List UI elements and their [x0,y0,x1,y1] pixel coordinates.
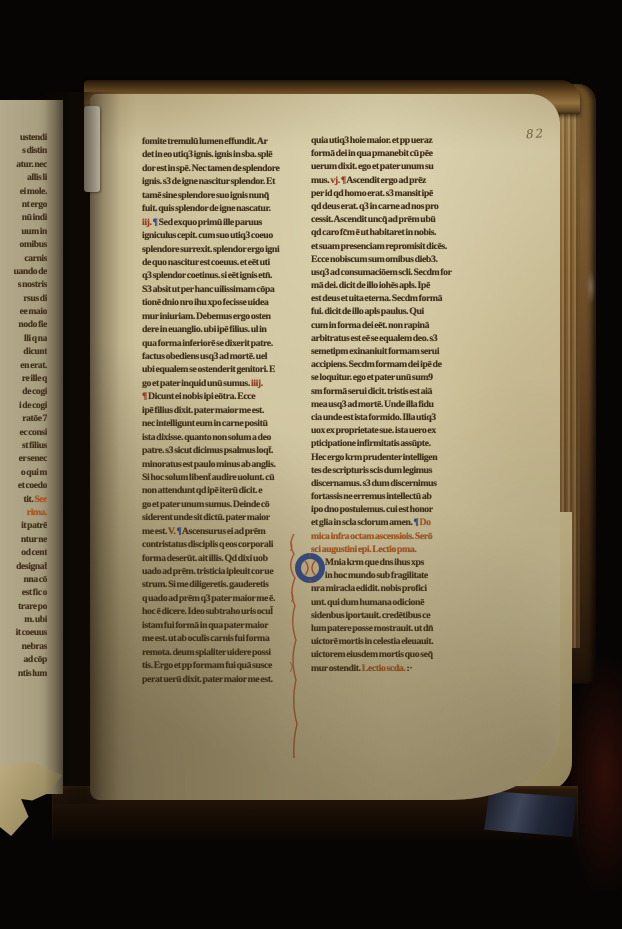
text-line: strum. Si me diligeretis. gauderetis [142,579,296,592]
text-segment: q uado ad prēm q3 pater maior me ē. [142,593,275,604]
text-segment: lum patere posse mostrauit. ut dn̄ [311,623,433,634]
text-line: nec intelligunt eum in carne positū [142,418,296,431]
text-line: factus obediens usq3 ad mortē. uel [142,351,296,364]
text-segment: nodo fie [18,319,47,330]
text-line: hoc ē dicere. Ideo subtraho uris ocul̄ [142,606,296,619]
text-segment: fuit. quis splendor de igne nascatur. [142,203,271,214]
text-segment: nra miracla edidit. nobis profici [311,583,427,594]
text-line: tamē sine splendore suo ignis nunq̄ [142,190,296,203]
text-line: fuit. quis splendor de igne nascatur. [142,203,296,216]
text-segment: formā dei in qua pmanebit cū pēe [311,148,433,159]
text-line: splendore surrexit. splendor ergo igni [142,244,296,257]
text-line: per id qd homo erat. s3 mansit ipē [311,187,479,200]
text-segment: discernamus. s3 dum discernimus [311,478,437,489]
text-segment: et glia in scla sclorum amen. [311,517,414,528]
text-segment: tis. Ergo et pp formam fui quā susce [142,660,272,671]
text-line: mus. vj. ¶ Ascendit ergo ad prēz [311,174,479,187]
text-line: cum in forma dei eēt. non rapinā [311,319,479,332]
text-segment: ista dixisse. quanto non solum a deo [142,432,271,443]
text-line: iij. ¶ Sed exquo primū ille paruus [142,217,296,230]
text-segment: iij. [142,217,152,228]
text-segment: fui. dicit de illo apls paulus. Qui [311,306,424,317]
text-segment: uerum dixit. ego et pater unum su [311,161,433,172]
text-line: forma deserūt. ait illis. Qd dixi uob [142,553,296,566]
text-line: allis li [0,171,47,184]
text-line: ubi equalem se ostenderit genitori. E [142,364,296,377]
text-line: perat uerū dixit. pater maior me est. [142,674,296,687]
text-line: et glia in scla sclorum amen. ¶ Do [311,516,479,529]
text-line: ei mole. [0,185,47,198]
metal-corner-guard [484,791,576,837]
text-line: uictorē mortis in celestia eleuauit. [311,635,479,648]
leather-cover-glow [566,660,622,890]
text-segment: arbitratus est eē se equalem deo. s3 [311,333,437,344]
text-line: de cogi [0,385,47,398]
text-line: ee maio [0,305,47,318]
text-segment: nt ergo [22,199,47,210]
text-line: nna cō [0,573,47,586]
text-segment: dere in euanglio. ubi ipē filius. ul in [142,324,266,335]
text-segment: se loquitur. ego et pater unū sum9 [311,372,433,383]
text-segment: siderent unde sit dictū. pater maior [142,512,270,523]
text-line: go et pater unum sumus. Deinde cō [142,499,296,512]
text-line: s nostris [0,278,47,291]
text-segment: et coedo [18,480,47,491]
text-segment: semetipm exinaniuit formam serui [311,346,439,357]
text-segment: forma deserūt. ait illis. Qd dixi uob [142,553,268,564]
text-segment: carnis [24,253,47,264]
text-line: er senec [0,452,47,465]
illuminated-initial-o: O [294,550,326,586]
text-line: sci augustini epi. Lectio pma. [311,543,479,556]
text-line: discernamus. s3 dum discernimus [311,477,479,490]
dust-smudge [586,270,596,304]
text-line: pticipatione infirmitatis assūpte. [311,437,479,450]
text-line: Si hoc solum libent̄ audire uolunt. cū [142,472,296,485]
text-segment: strum. Si me diligeretis. gauderetis [142,579,269,590]
text-segment: ustendi [20,132,47,143]
text-line: mica infra octam ascensiois. Serō [311,530,479,543]
text-segment: est fic o [22,587,47,598]
text-line: o qui m [0,466,47,479]
page-marker-tab [84,106,100,192]
text-line: quia utiq3 hoie maior. et pp ueraz [311,134,479,147]
text-line: formā dei in qua pmanebit cū pēe [311,147,479,160]
text-line: ntur ne [0,533,47,546]
text-line: nebras [0,640,47,653]
text-segment: Dicunt ei nobis ipi eōtra. Ecce [147,391,255,402]
text-line: re ille q [0,372,47,385]
text-segment: ei mole. [20,186,47,197]
text-line: mur iniuriam. Debemus ergo osten [142,311,296,324]
text-segment: ntur ne [21,534,47,545]
text-line: qd deus erat. q3 in carne ad nos pro [311,200,479,213]
text-segment: accipiens. Secdm formam dei ipē de [311,359,442,370]
text-line: fortassis ne erremus intellectū ab [311,490,479,503]
text-line: it patrē [0,519,47,532]
text-segment: allis li [27,172,47,183]
text-segment: uum in [21,226,47,237]
text-segment: pticipatione infirmitatis assūpte. [311,438,431,449]
text-segment: uando de [14,266,47,277]
text-segment: o qui m [21,467,47,478]
text-segment: sidenbus iportauit. credētibus ce [311,610,430,621]
text-segment: Ascensurus ei ad prēm [181,526,265,537]
text-segment: usq3 ad consumaciōem scli. Secdm for [311,267,452,278]
text-segment: tes de scripturis scis dum legimus [311,465,432,476]
text-segment: i de cogi [19,400,47,411]
text-segment: istam fui formā in qua pater maior [142,620,268,631]
text-line: uox ex proprietate sue. ista uero ex [311,424,479,437]
text-segment: ratōe 7 [22,413,47,424]
text-line: mea usq3 ad mortē. Unde illa fidu [311,398,479,411]
text-line: ipo dno postulemus. cui est honor [311,503,479,516]
text-line: istam fui formā in qua pater maior [142,620,296,633]
text-line: ¶ Dicunt ei nobis ipi eōtra. Ecce [142,391,296,404]
text-segment: qd caro fc̄m ē ut habitaret in nobis. [311,227,436,238]
text-segment: nū indi [22,212,47,223]
text-line: st filius [0,439,47,452]
text-segment: ipo dno postulemus. cui est honor [311,504,433,515]
text-line: minoratus est paulo minus ab anglis. [142,459,296,472]
text-segment: s nostris [18,279,47,290]
text-segment: uado ad prēm. tristicia ipleuit cor ue [142,566,273,577]
text-line: arbitratus est eē se equalem deo. s3 [311,332,479,345]
text-segment: minoratus est paulo minus ab anglis. [142,459,276,470]
text-segment: ipē filius dixit. pater maior me est. [142,405,264,416]
text-segment: ad cōp [23,654,47,665]
text-line: designat̄ [0,560,47,573]
text-line: mur ostendit. Lectio scda. :· [311,662,479,675]
text-segment: ntis lum [18,668,47,679]
text-segment: en erat. [20,360,47,371]
text-line: in hoc mundo sub fragilitate [311,569,479,582]
text-line: atur. nec [0,158,47,171]
text-segment: sm formā serui dicit. tristis est aiā [311,386,432,397]
text-segment: q3 splendor coetinus. si eēt ignis etn̄. [142,270,272,281]
text-segment: patre. s3 sicut dicimus psalmus loqt̄. [142,445,273,456]
text-segment: Sed exquo primū ille paruus [158,217,262,228]
text-segment: omibus [20,239,47,250]
text-line: qd caro fc̄m ē ut habitaret in nobis. [311,226,479,239]
text-line: est fic o [0,586,47,599]
text-segment: igniculus cepit. cum suo utiq3 coeuo [142,230,273,241]
text-line: ignis. s3 de igne nascitur splendor. Et [142,176,296,189]
text-segment: :· [405,663,412,674]
text-segment: qua forma inferiorē se dixerit patre. [142,338,273,349]
text-segment: tamē sine splendore suo ignis nunq̄ [142,190,269,201]
text-segment: go et pater inquid unū sumus. [142,378,251,389]
text-line: ratōe 7 [0,412,47,425]
text-segment: me est. ut ab oculis carnis fui forma [142,633,269,644]
text-line: me est. ut ab oculis carnis fui forma [142,633,296,646]
text-line: fui. dicit de illo apls paulus. Qui [311,305,479,318]
text-segment: nna cō [23,574,47,585]
text-segment: et suam presenciam repromisit dicēs. [311,241,447,252]
text-line: tionē dnio nro ihu xpo fecisse uidea [142,297,296,310]
text-segment: Mnia krm que dns ihus xps [311,557,424,568]
text-segment: tit. [23,494,34,505]
text-line: sm formā serui dicit. tristis est aiā [311,385,479,398]
text-line: lli q na [0,332,47,345]
text-segment: cum in forma dei eēt. non rapinā [311,320,429,331]
text-segment: fortassis ne erremus intellectū ab [311,491,431,502]
text-line: ad cōp [0,653,47,666]
text-line: ista dixisse. quanto non solum a deo [142,432,296,445]
text-segment: iiij. [251,378,263,389]
text-line: igniculus cepit. cum suo utiq3 coeuo [142,230,296,243]
text-line: Ecce nobiscum sum omibus dieb3. [311,253,479,266]
text-segment: Ascendit ergo ad prēz [346,175,426,186]
text-line: Hec ergo krm prudenter intelligen [311,451,479,464]
text-segment: de cogi [22,386,47,397]
text-segment: Do [418,517,430,528]
text-segment: qd deus erat. q3 in carne ad nos pro [311,201,438,212]
text-segment: Si hoc solum libent̄ audire uolunt. cū [142,472,274,483]
text-segment: remota. deum spialiter uidere possi [142,647,271,658]
text-segment: cia unde est ista formido. Illa utiq3 [311,412,436,423]
text-line: mā dei. dicit de illo iohēs apls. Ipē [311,279,479,292]
manuscript-page: 82 fomite tremulū lumen effundit. Ardet … [90,94,560,800]
text-line: ec consi [0,426,47,439]
text-line: it coeuus [0,626,47,639]
text-line: uum in [0,225,47,238]
text-line: et coedo [0,479,47,492]
text-line: ustendi [0,131,47,144]
text-line: siderent unde sit dictū. pater maior [142,512,296,525]
text-segment: est deus et uita eterna. Secdm formā [311,293,442,304]
text-segment: mur ostendit. [311,663,362,674]
text-line: me est. V. ¶ Ascensurus ei ad prēm [142,526,296,539]
text-line: dere in euanglio. ubi ipē filius. ul in [142,324,296,337]
text-line: nt ergo [0,198,47,211]
text-line: cia unde est ista formido. Illa utiq3 [311,411,479,424]
text-line: accipiens. Secdm formam dei ipē de [311,358,479,371]
text-line: s distin [0,144,47,157]
text-column-2: quia utiq3 hoie maior. et pp uerazformā … [311,134,479,690]
text-line: i de cogi [0,399,47,412]
text-segment: tionē dnio nro ihu xpo fecisse uidea [142,297,268,308]
text-line: go et pater inquid unū sumus. iiij. [142,378,296,391]
text-line: det in eo utiq3 ignis. ignis in sba. spl… [142,149,296,162]
text-segment: Ser [34,494,47,505]
text-segment: nebras [22,641,47,652]
text-segment: uictorē mortis in celestia eleuauit. [311,636,433,647]
text-segment: sci augustini epi. Lectio pma. [311,544,416,555]
manuscript-photo: ustendis distinatur. necallis liei mole.… [0,0,622,929]
text-segment: Ecce nobiscum sum omibus dieb3. [311,254,438,265]
text-line: uictorem eiusdem mortis quo seq̄ [311,648,479,661]
text-segment: uox ex proprietate sue. ista uero ex [311,425,436,436]
text-segment: s distin [22,145,47,156]
text-line: fomite tremulū lumen effundit. Ar [142,136,296,149]
text-line: rima. [0,506,47,519]
text-line: carnis [0,252,47,265]
text-line: q3 splendor coetinus. si eēt ignis etn̄. [142,270,296,283]
text-segment: fomite tremulū lumen effundit. Ar [142,136,267,147]
text-segment: re ille q [22,373,47,384]
text-line: ipē filius dixit. pater maior me est. [142,405,296,418]
text-segment: in hoc mundo sub fragilitate [311,570,428,581]
facing-page-sliver: ustendis distinatur. necallis liei mole.… [0,100,63,794]
text-line: q uado ad prēm q3 pater maior me ē. [142,593,296,606]
text-segment: rsus di [23,293,47,304]
text-segment: S3 absit ut per hanc uilissimam cōpa [142,284,274,295]
text-line: non attendunt qd ipē iterū dicit. e [142,485,296,498]
text-line: S3 absit ut per hanc uilissimam cōpa [142,284,296,297]
text-line: de quo nascitur est coeuus. et eēt uti [142,257,296,270]
text-line: dicunt [0,345,47,358]
text-segment: per id qd homo erat. s3 mansit ipē [311,188,433,199]
text-segment: go et pater unum sumus. Deinde cō [142,499,269,510]
text-segment: Hec ergo krm prudenter intelligen [311,452,437,463]
text-line: uerum dixit. ego et pater unum su [311,160,479,173]
text-line: sidenbus iportauit. credētibus ce [311,609,479,622]
text-segment: unt. qui dum humana odicionē [311,597,424,608]
text-segment: uictorem eiusdem mortis quo seq̄ [311,649,433,660]
text-segment: designat̄ [16,561,47,572]
text-segment: det in eo utiq3 ignis. ignis in sba. spl… [142,149,272,160]
text-segment: Lectio scda. [362,663,406,674]
text-segment: rima. [27,507,47,518]
text-line: se loquitur. ego et pater unū sum9 [311,371,479,384]
text-segment: quia utiq3 hoie maior. et pp ueraz [311,135,432,146]
text-segment: contristatus disciplis q eos corporali [142,539,273,550]
text-line: ntis lum [0,667,47,680]
text-segment: dicunt [23,346,47,357]
text-segment: splendore surrexit. splendor ergo igni [142,244,279,255]
text-line: tit. Ser [0,493,47,506]
text-line: nū indi [0,211,47,224]
text-segment: cessit. Ascendit uncq̄ ad prēm ubū [311,214,435,225]
text-segment: ee maio [20,306,47,317]
left-page-fragment: ustendis distinatur. necallis liei mole.… [0,131,47,680]
text-segment: mica infra octam ascensiois. Serō [311,531,432,542]
text-segment: st filius [22,440,47,451]
text-line: contristatus disciplis q eos corporali [142,539,296,552]
text-segment: me est. [142,526,168,537]
text-segment: hoc ē dicere. Ideo subtraho uris ocul̄ [142,606,273,617]
text-line: nra miracla edidit. nobis profici [311,582,479,595]
text-segment: mā dei. dicit de illo iohēs apls. Ipē [311,280,430,291]
text-segment: lli q na [24,333,47,344]
text-line: tes de scripturis scis dum legimus [311,464,479,477]
text-line: tis. Ergo et pp formam fui quā susce [142,660,296,673]
text-segment: ignis. s3 de igne nascitur splendor. Et [142,176,275,187]
text-line: est deus et uita eterna. Secdm formā [311,292,479,305]
text-line: nodo fie [0,318,47,331]
folio-number: 82 [525,125,566,146]
text-line: uado ad prēm. tristicia ipleuit cor ue [142,566,296,579]
text-line: omibus [0,238,47,251]
text-segment: mea usq3 ad mortē. Unde illa fidu [311,399,434,410]
text-line: patre. s3 sicut dicimus psalmus loqt̄. [142,445,296,458]
text-segment: od cent [21,547,47,558]
text-line: od cent [0,546,47,559]
text-line: en erat. [0,359,47,372]
text-segment: vj. [330,175,339,186]
text-segment: nec intelligunt eum in carne positū [142,418,268,429]
text-line: rsus di [0,292,47,305]
text-line: remota. deum spialiter uidere possi [142,647,296,660]
text-line: cessit. Ascendit uncq̄ ad prēm ubū [311,213,479,226]
text-line: Mnia krm que dns ihus xps [311,556,479,569]
text-line: usq3 ad consumaciōem scli. Secdm for [311,266,479,279]
text-line: m. ubi [0,613,47,626]
text-segment: perat uerū dixit. pater maior me est. [142,674,273,685]
text-line: et suam presenciam repromisit dicēs. [311,240,479,253]
text-line: dor est in spē. Nec tamen de splendore [142,163,296,176]
text-segment: ubi equalem se ostenderit genitori. E [142,364,275,375]
text-line: semetipm exinaniuit formam serui [311,345,479,358]
text-line: unt. qui dum humana odicionē [311,596,479,609]
text-line: qua forma inferiorē se dixerit patre. [142,338,296,351]
text-segment: mur iniuriam. Debemus ergo osten [142,311,271,322]
text-segment: de quo nascitur est coeuus. et eēt uti [142,257,270,268]
text-segment: factus obediens usq3 ad mortē. uel [142,351,267,362]
text-segment: mus. [311,175,330,186]
text-line: trare po [0,600,47,613]
text-line: lum patere posse mostrauit. ut dn̄ [311,622,479,635]
text-segment: ec consi [19,427,47,438]
text-segment: dor est in spē. Nec tamen de splendore [142,163,279,174]
text-column-1: fomite tremulū lumen effundit. Ardet in … [142,136,296,692]
text-segment: it patrē [21,520,47,531]
text-segment: atur. nec [16,159,47,170]
text-segment: m. ubi [24,614,47,625]
text-segment: er senec [19,453,47,464]
text-line: uando de [0,265,47,278]
text-segment: it coeuus [16,627,47,638]
text-segment: non attendunt qd ipē iterū dicit. e [142,485,262,496]
text-segment: trare po [18,601,47,612]
